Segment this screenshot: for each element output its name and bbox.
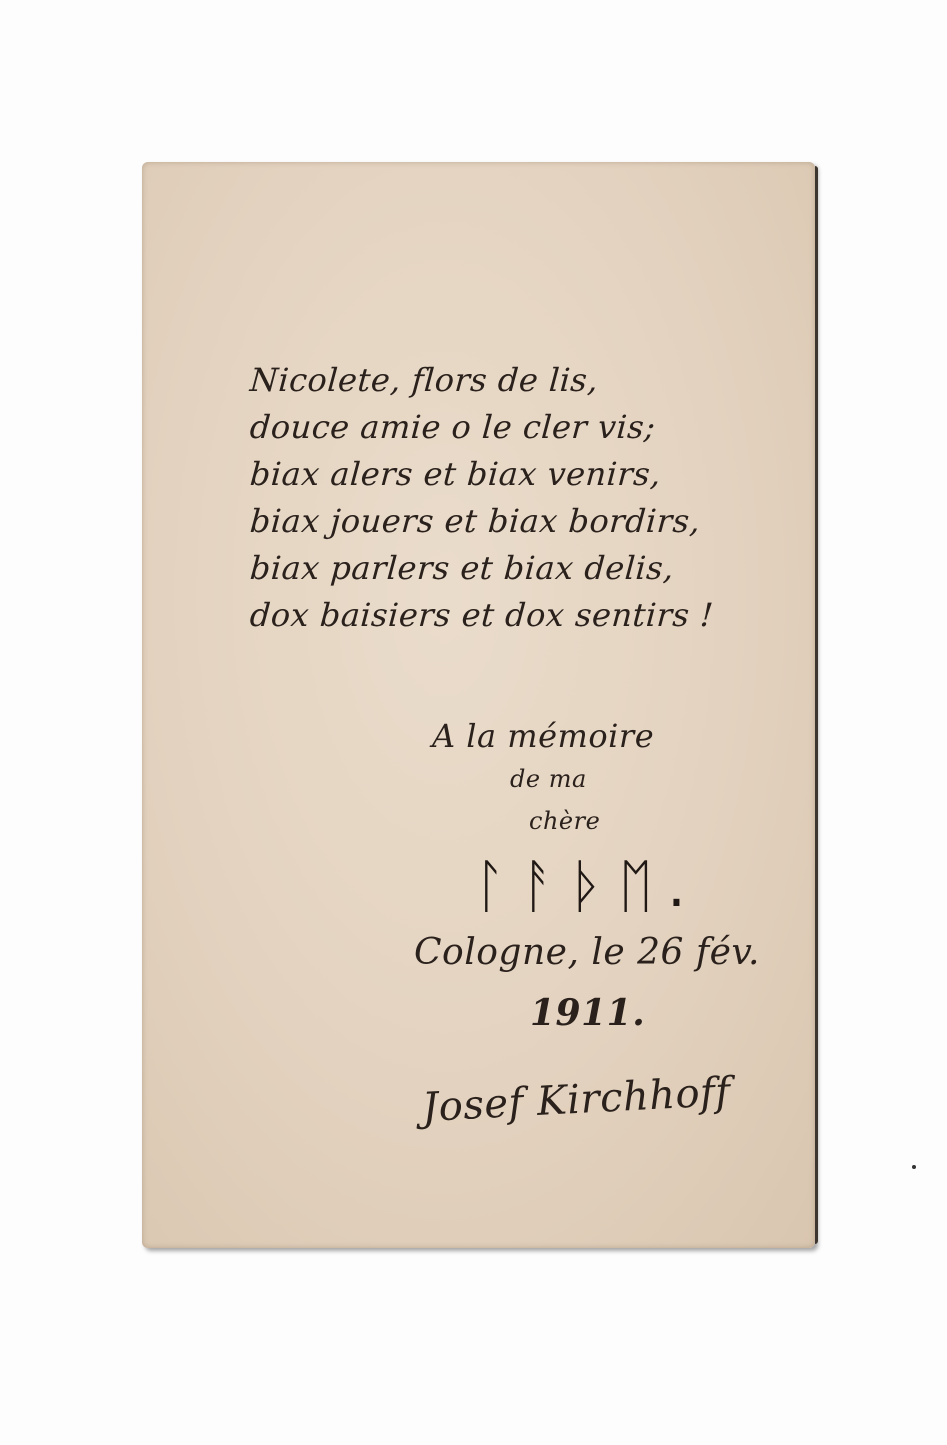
poem-line: douce amie o le cler vis; [248,404,715,451]
dust-speck [912,1165,916,1169]
poem-line: biax alers et biax venirs, [248,451,715,498]
poem-line: biax parlers et biax delis, [248,545,715,592]
poem-verse: Nicolete, flors de lis, douce amie o le … [250,357,714,639]
dedication-line: A la mémoire [432,717,654,755]
year: 1911. [530,992,645,1034]
dedication-line: de ma [510,765,587,793]
poem-line: Nicolete, flors de lis, [248,357,715,404]
poem-line: biax jouers et biax bordirs, [248,498,715,545]
poem-line: dox baisiers et dox sentirs ! [248,592,715,639]
place-date: Cologne, le 26 fév. [414,932,760,973]
handwritten-card: Nicolete, flors de lis, douce amie o le … [142,162,815,1248]
runic-name: ᛚᚨᚦᛖ. [472,852,700,920]
signature: Josef Kirchhoff [421,1069,732,1131]
dedication-line: chère [529,807,600,835]
